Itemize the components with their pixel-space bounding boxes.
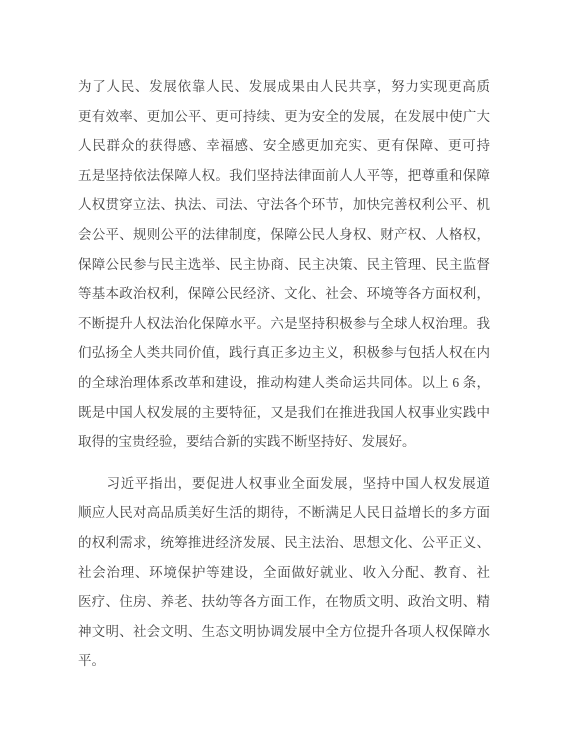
text-line: 习近平指出，要促进人权事业全面发展，坚持中国人权发展道路，	[78, 469, 490, 499]
text-line: 人权贯穿立法、执法、司法、守法各个环节，加快完善权利公平、机	[78, 190, 490, 220]
text-line: 人民群众的获得感、幸福感、安全感更加充实、更有保障、更可持续。	[78, 131, 490, 161]
text-line: 既是中国人权发展的主要特征，又是我们在推进我国人权事业实践中	[78, 398, 490, 428]
text-line: 顺应人民对高品质美好生活的期待，不断满足人民日益增长的多方面	[78, 498, 490, 528]
text-line: 取得的宝贵经验，要结合新的实践不断坚持好、发展好。	[78, 427, 490, 457]
paragraph: 为了人民、发展依靠人民、发展成果由人民共享，努力实现更高质量、更有效率、更加公平…	[78, 72, 490, 457]
text-line: 社会治理、环境保护等建设，全面做好就业、收入分配、教育、社保、	[78, 558, 490, 588]
text-line: 医疗、住房、养老、扶幼等各方面工作，在物质文明、政治文明、精	[78, 587, 490, 617]
text-line: 的权利需求，统筹推进经济发展、民主法治、思想文化、公平正义、	[78, 528, 490, 558]
paragraph: 习近平指出，要促进人权事业全面发展，坚持中国人权发展道路，顺应人民对高品质美好生…	[78, 469, 490, 676]
text-line: 神文明、社会文明、生态文明协调发展中全方位提升各项人权保障水	[78, 617, 490, 647]
text-line: 平。	[78, 646, 490, 676]
text-line: 五是坚持依法保障人权。我们坚持法律面前人人平等，把尊重和保障	[78, 161, 490, 191]
document-text: 为了人民、发展依靠人民、发展成果由人民共享，努力实现更高质量、更有效率、更加公平…	[78, 72, 490, 676]
text-line: 为了人民、发展依靠人民、发展成果由人民共享，努力实现更高质量、	[78, 72, 490, 102]
document-page: 为了人民、发展依靠人民、发展成果由人民共享，努力实现更高质量、更有效率、更加公平…	[0, 0, 568, 752]
text-line: 等基本政治权利，保障公民经济、文化、社会、环境等各方面权利，	[78, 279, 490, 309]
text-line: 们弘扬全人类共同价值，践行真正多边主义，积极参与包括人权在内	[78, 338, 490, 368]
text-line: 不断提升人权法治化保障水平。六是坚持积极参与全球人权治理。我	[78, 309, 490, 339]
text-line: 会公平、规则公平的法律制度，保障公民人身权、财产权、人格权，	[78, 220, 490, 250]
text-line: 的全球治理体系改革和建设，推动构建人类命运共同体。以上 6 条，	[78, 368, 490, 398]
text-line: 更有效率、更加公平、更可持续、更为安全的发展，在发展中使广大	[78, 102, 490, 132]
text-line: 保障公民参与民主选举、民主协商、民主决策、民主管理、民主监督	[78, 250, 490, 280]
